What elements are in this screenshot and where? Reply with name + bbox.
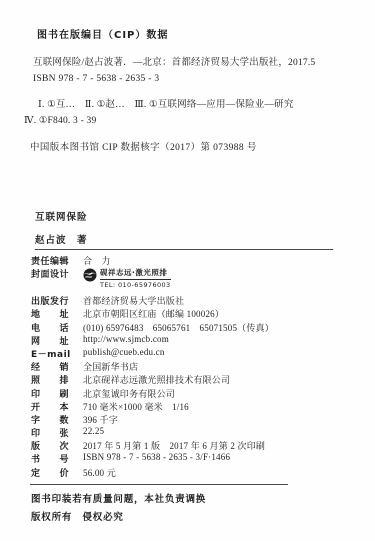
row-editor-label: 责任编辑 <box>31 254 74 267</box>
row-editor: 责任编辑 合 力 <box>31 254 365 267</box>
cip-classification-line-2: Ⅳ. ①F840. 3 - 39 <box>24 115 357 126</box>
row-cover-design-label: 封面设计 <box>31 267 74 280</box>
row-wordcount-value: 396 千字 <box>83 413 118 426</box>
row-edition: 版 次 2017 年 5 月第 1 版 2017 年 6 月第 2 次印刷 <box>31 439 365 452</box>
row-price-label: 定 价 <box>31 466 74 479</box>
row-booknumber: 书 号 ISBN 978 - 7 - 5638 - 2635 - 3/F·146… <box>31 452 365 465</box>
typesetting-company-logo: 砚祥志远·激光照排 TEL: 010-65976003 <box>83 267 171 289</box>
row-sheets-value: 22.25 <box>83 426 104 436</box>
row-phone: 电 话 (010) 65976483 65065761 65071505（传真） <box>31 321 365 334</box>
cip-classification-line-1: Ⅰ. ①互… Ⅱ. ①赵… Ⅲ. ①互联网络—应用—保险业—研究 <box>38 96 357 110</box>
book-title: 互联网保险 <box>35 209 88 223</box>
row-distribution: 经 销 全国新华书店 <box>31 360 365 373</box>
row-distribution-value: 全国新华书店 <box>83 360 138 373</box>
row-price-value: 56.00 元 <box>83 466 116 479</box>
row-printing-label: 印 刷 <box>31 387 74 400</box>
row-price: 定 价 56.00 元 <box>31 466 365 479</box>
row-phone-label: 电 话 <box>31 321 74 334</box>
row-website-value: http://www.sjmcb.com <box>83 334 169 344</box>
footer-notices: 图书印装若有质量问题，本社负责调换 版权所有 侵权必究 <box>31 491 206 523</box>
row-printing-value: 北京玺诚印务有限公司 <box>83 387 175 400</box>
cip-heading: 图书在版编目（CIP）数据 <box>37 26 357 41</box>
row-format-label: 开 本 <box>31 400 74 413</box>
row-publisher-value: 首都经济贸易大学出版社 <box>83 294 184 307</box>
book-author: 赵占波 著 <box>35 232 88 246</box>
wave-seal-icon <box>83 268 97 282</box>
row-sheets: 印 张 22.25 <box>31 426 365 439</box>
row-email-value: publish@cueb.edu.cn <box>83 347 165 357</box>
row-website-label: 网 址 <box>31 334 74 347</box>
logo-text-column: 砚祥志远·激光照排 TEL: 010-65976003 <box>100 267 171 289</box>
row-typesetting-label: 照 排 <box>31 373 74 386</box>
row-wordcount-label: 字 数 <box>31 413 74 426</box>
row-phone-value: (010) 65976483 65065761 65071505（传真） <box>83 321 274 334</box>
row-editor-value: 合 力 <box>83 254 111 267</box>
title-block: 互联网保险 赵占波 著 <box>35 209 88 246</box>
row-wordcount: 字 数 396 千字 <box>31 413 365 426</box>
row-typesetting: 照 排 北京砚祥志远激光照排技术有限公司 <box>31 373 365 386</box>
row-printing: 印 刷 北京玺诚印务有限公司 <box>31 387 365 400</box>
cip-bibliographic-line: 互联网保险/赵占波著．—北京：首都经济贸易大学出版社，2017.5 <box>33 54 357 68</box>
row-address: 地 址 北京市朝阳区红庙（邮编 100026） <box>31 307 365 320</box>
logo-company-name: 砚祥志远·激光照排 <box>100 267 171 280</box>
divider-bottom <box>30 484 288 485</box>
row-email: E－mail publish@cueb.edu.cn <box>31 347 365 360</box>
row-edition-value: 2017 年 5 月第 1 版 2017 年 6 月第 2 次印刷 <box>83 439 265 452</box>
row-address-value: 北京市朝阳区红庙（邮编 100026） <box>83 307 224 320</box>
quality-notice: 图书印装若有质量问题，本社负责调换 <box>31 491 206 505</box>
row-booknumber-value: ISBN 978 - 7 - 5638 - 2635 - 3/F·1466 <box>83 452 230 462</box>
cip-block: 图书在版编目（CIP）数据 互联网保险/赵占波著．—北京：首都经济贸易大学出版社… <box>28 26 357 153</box>
row-sheets-label: 印 张 <box>31 426 74 439</box>
divider-top <box>35 249 333 250</box>
row-address-label: 地 址 <box>31 307 74 320</box>
row-email-label: E－mail <box>31 347 74 360</box>
copyright-page: 图书在版编目（CIP）数据 互联网保险/赵占波著．—北京：首都经济贸易大学出版社… <box>0 0 375 541</box>
row-format-value: 710 毫米×1000 毫米 1/16 <box>83 400 189 413</box>
colophon-list: 责任编辑 合 力 封面设计 砚祥志远·激光照排 TEL: 010-6597600… <box>31 254 365 479</box>
row-edition-label: 版 次 <box>31 439 74 452</box>
copyright-notice: 版权所有 侵权必究 <box>31 509 206 523</box>
row-booknumber-label: 书 号 <box>31 452 74 465</box>
logo-telephone: TEL: 010-65976003 <box>100 281 171 289</box>
row-distribution-label: 经 销 <box>31 360 74 373</box>
row-format: 开 本 710 毫米×1000 毫米 1/16 <box>31 400 365 413</box>
row-publisher: 出版发行 首都经济贸易大学出版社 <box>31 294 365 307</box>
cip-record-number: 中国版本图书馆 CIP 数据核字（2017）第 073988 号 <box>30 139 357 153</box>
cip-isbn-line: ISBN 978 - 7 - 5638 - 2635 - 3 <box>33 74 357 84</box>
row-typesetting-value: 北京砚祥志远激光照排技术有限公司 <box>83 373 230 386</box>
row-cover-design: 封面设计 砚祥志远·激光照排 TEL: 010-65976003 <box>31 267 365 294</box>
row-website: 网 址 http://www.sjmcb.com <box>31 334 365 347</box>
row-publisher-label: 出版发行 <box>31 294 74 307</box>
